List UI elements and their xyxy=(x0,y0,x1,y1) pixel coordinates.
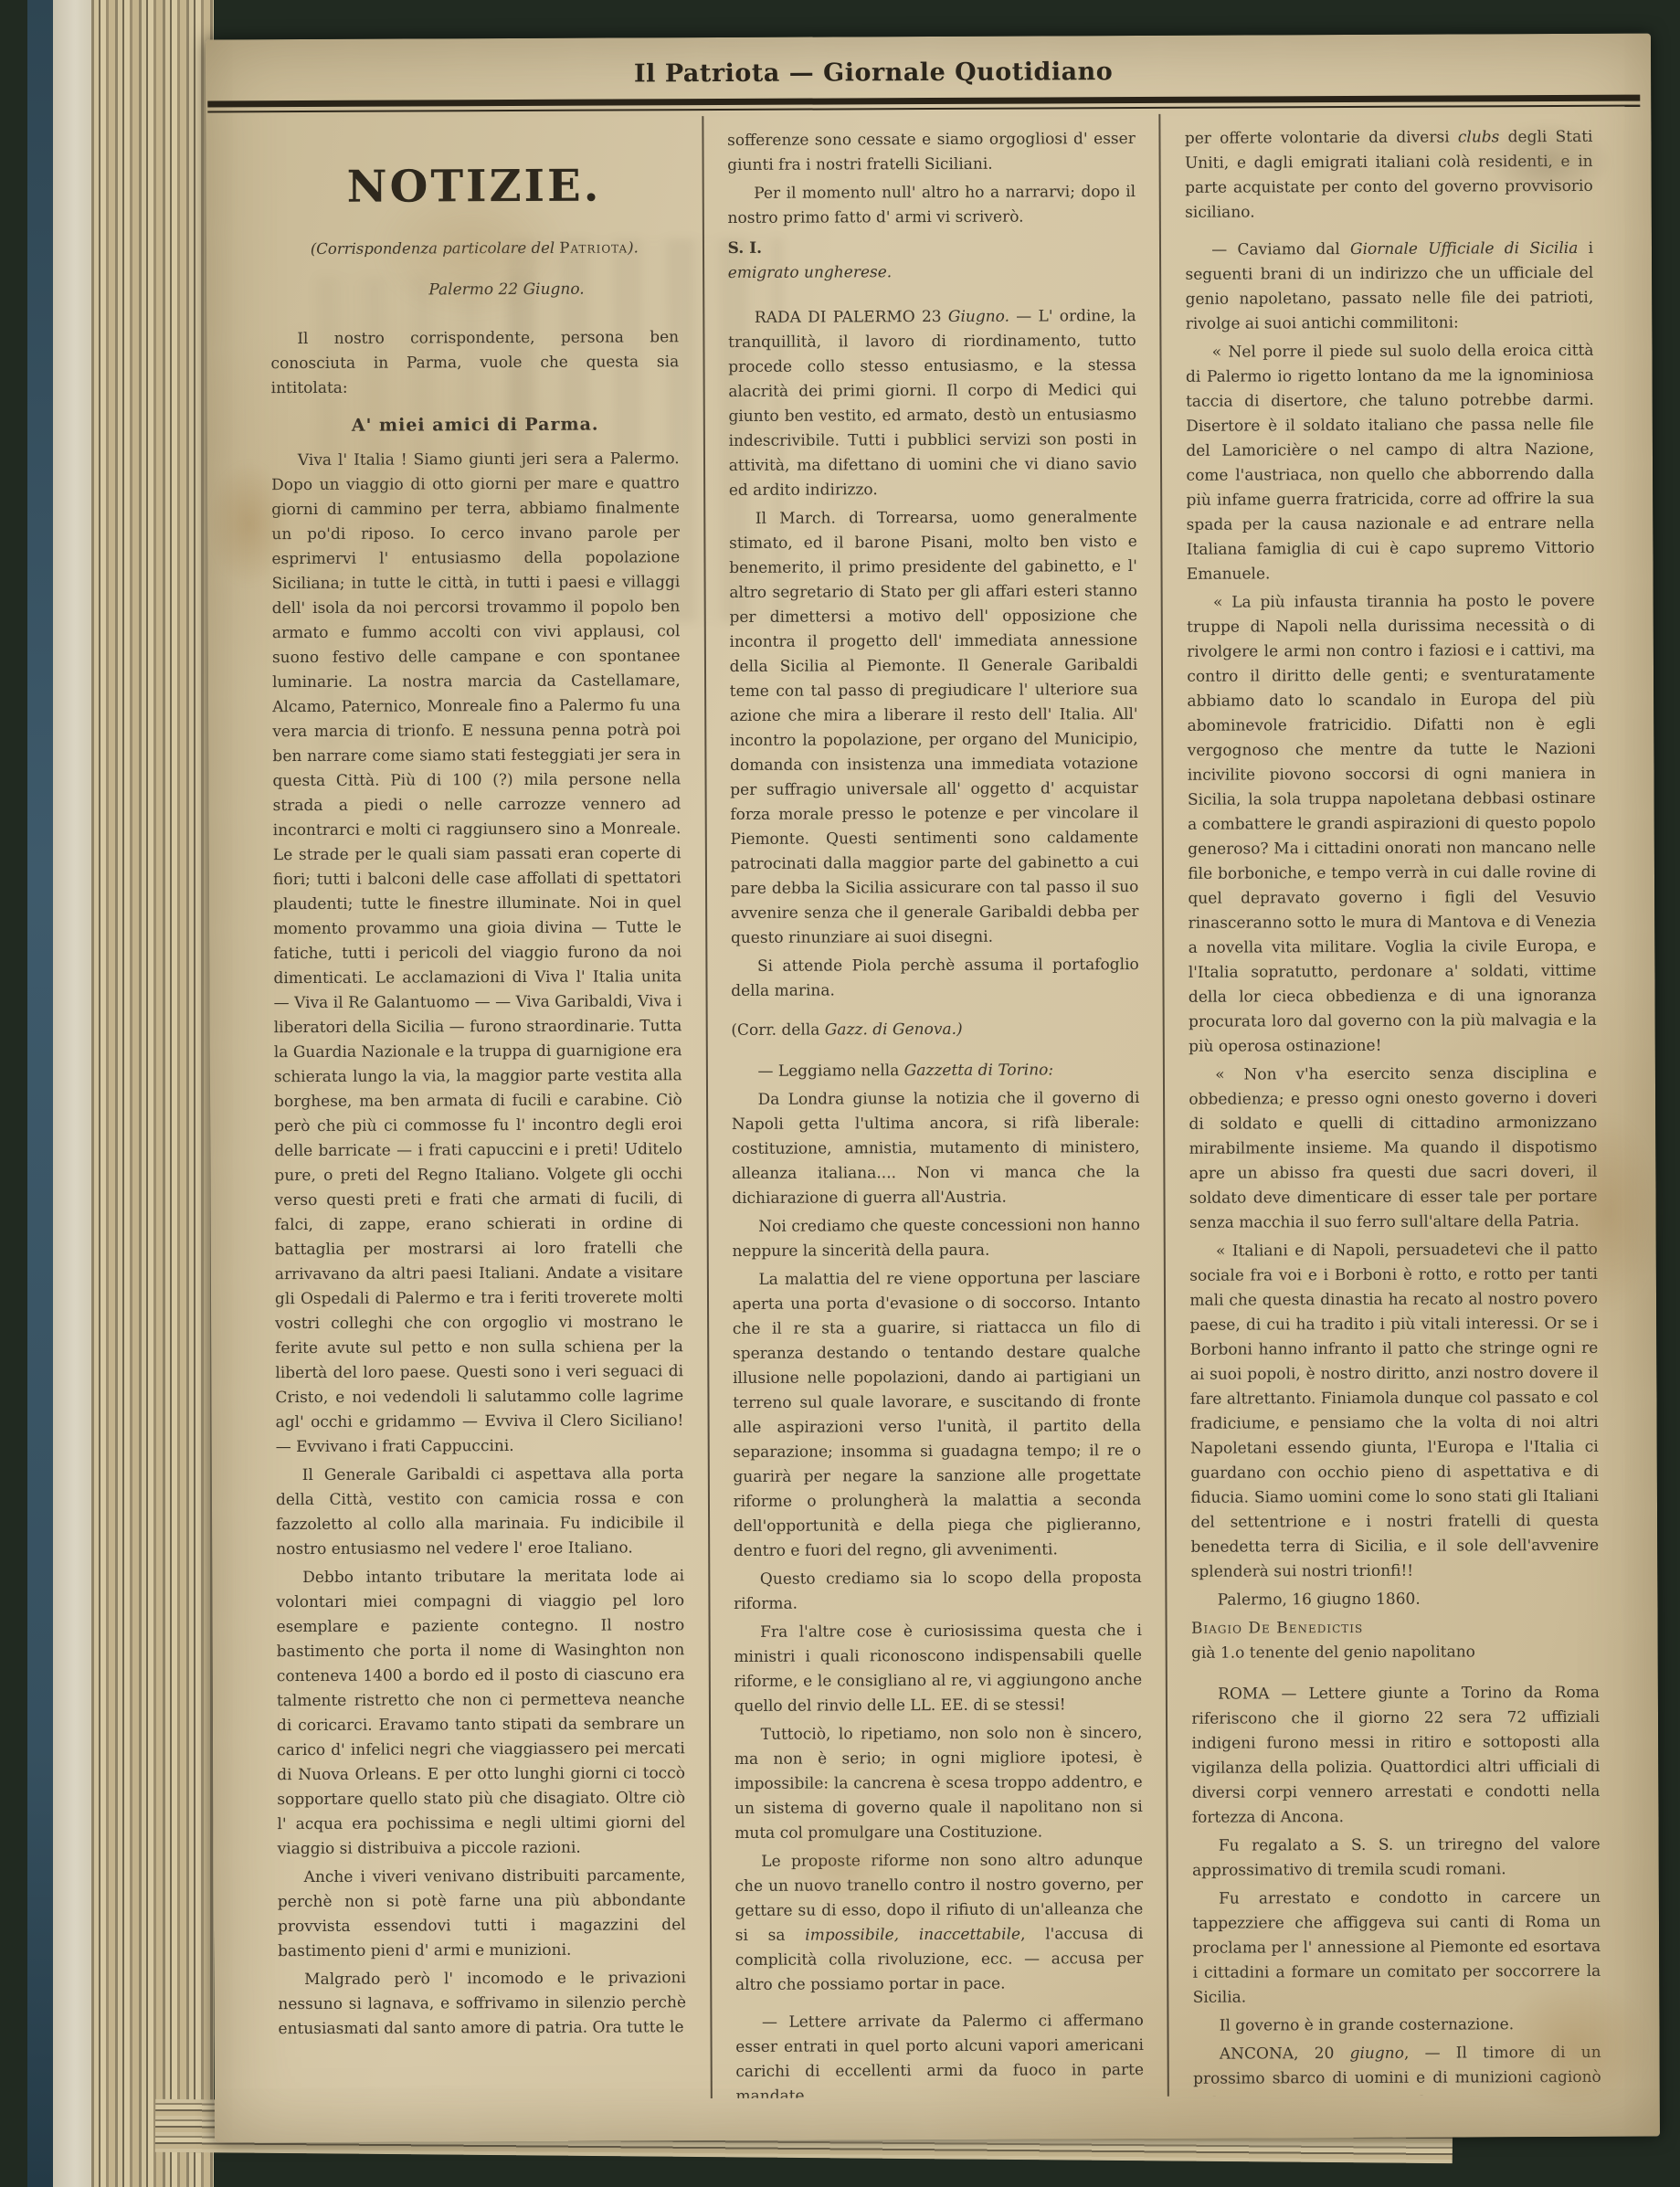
emphasized-words: impossibile, inaccettabile xyxy=(805,1926,1020,1945)
section-heading: NOTIZIE. xyxy=(270,160,679,213)
lead-in: — Leggiamo nella xyxy=(757,1062,903,1081)
column-3: per offerte volontarie da diversi clubs … xyxy=(1159,112,1625,2097)
emphasized-word: clubs xyxy=(1458,128,1500,146)
paragraph: — Lettere arrivate da Palermo ci afferma… xyxy=(735,2009,1144,2100)
paragraph-text: per offerte volontarie da diversi xyxy=(1185,128,1458,147)
paragraph: Noi crediamo che queste concessioni non … xyxy=(732,1213,1140,1264)
quoted-paragraph: « La più infausta tirannia ha posto le p… xyxy=(1187,589,1597,1060)
quoted-paragraph: « Italiani e di Napoli, persuadetevi che… xyxy=(1189,1238,1599,1585)
paragraph: sofferenze sono cessate e siamo orgoglio… xyxy=(727,127,1136,178)
dispatch-date: Giugno. xyxy=(948,308,1009,326)
paragraph: ROMA — Lettere giunte a Torino da Roma r… xyxy=(1191,1681,1600,1831)
dateline: Palermo, 16 giugno 1860. xyxy=(1191,1587,1600,1613)
quoted-paragraph: « Non v'ha esercito senza disciplina e o… xyxy=(1189,1062,1597,1236)
ink-bleedthrough xyxy=(316,276,537,752)
paragraph: Le proposte riforme non sono altro adunq… xyxy=(734,1848,1143,1998)
paragraph: per offerte volontarie da diversi clubs … xyxy=(1185,125,1593,226)
paragraph: Il governo è in grande costernazione. xyxy=(1193,2013,1601,2039)
dispatch-place: RADA DI PALERMO 23 xyxy=(755,308,948,327)
lead-in: — Caviamo dal xyxy=(1211,240,1350,259)
signature-role: emigrato ungherese. xyxy=(728,259,1136,286)
credit-prefix: (Corr. della xyxy=(731,1021,825,1040)
credit-source: Gazz. di Genova.) xyxy=(825,1020,963,1040)
paragraph: — Leggiamo nella Gazzetta di Torino: xyxy=(732,1058,1140,1084)
newspaper-page: Il Patriota — Giornale Quotidiano NOTIZI… xyxy=(206,34,1660,2143)
paragraph: RADA DI PALERMO 23 Giugno. — L' ordine, … xyxy=(728,304,1137,503)
paragraph: Fu regalato a S. S. un triregno del valo… xyxy=(1192,1833,1601,1884)
paragraph: La malattia del re viene opportuna per l… xyxy=(733,1266,1142,1564)
paragraph: Malgrado però l' incomodo e le privazion… xyxy=(278,1966,686,2042)
dispatch-body: — L' ordine, la tranquillità, il lavoro … xyxy=(728,307,1136,500)
paragraph: Per il momento null' altro ho a narrarvi… xyxy=(727,180,1136,231)
paragraph: Si attende Piola perchè assuma il portaf… xyxy=(731,953,1139,1004)
stacked-page-edges-left xyxy=(91,0,214,2187)
signature-role: già 1.o tenente del genio napolitano xyxy=(1191,1640,1600,1666)
masthead-title: Il Patriota — Giornale Quotidiano xyxy=(634,58,1113,88)
book-cover-edge xyxy=(27,0,55,2187)
ink-bleedthrough xyxy=(508,238,784,623)
source-credit: (Corr. della Gazz. di Genova.) xyxy=(731,1017,1139,1043)
paragraph: Tuttociò, lo ripetiamo, non solo non è s… xyxy=(734,1721,1143,1846)
signature-initials: S. I. xyxy=(728,235,1136,261)
paragraph: Il Generale Garibaldi ci aspettava alla … xyxy=(276,1462,684,1562)
book-scan-background: Il Patriota — Giornale Quotidiano NOTIZI… xyxy=(0,0,1680,2187)
paragraph: — Caviamo dal Giornale Ufficiale di Sici… xyxy=(1185,237,1593,337)
quoted-paragraph: « Nel porre il piede sul suolo della ero… xyxy=(1186,339,1595,587)
paragraph: Da Londra giunse la notizia che il gover… xyxy=(732,1086,1140,1211)
paragraph: Debbo intanto tributare la meritata lode… xyxy=(276,1564,685,1862)
paragraph: ANCONA, 20 giugno, — Il timore di un pro… xyxy=(1193,2041,1601,2100)
paragraph: Anche i viveri venivano distribuiti parc… xyxy=(278,1864,686,1964)
dispatch-date: giugno xyxy=(1350,2044,1404,2063)
cited-journal: Gazzetta di Torino: xyxy=(904,1061,1053,1080)
signature-name: Biagio De Benedictis xyxy=(1191,1615,1600,1642)
cited-journal: Giornale Ufficiale di Sicilia xyxy=(1350,239,1578,259)
paragraph: Fra l'altre cose è curiosissima questa c… xyxy=(734,1619,1142,1719)
paragraph: Fu arrestato e condotto in carcere un ta… xyxy=(1192,1886,1601,2011)
paragraph: Questo crediamo sia lo scopo della propo… xyxy=(734,1566,1142,1617)
dispatch-place: ANCONA, 20 xyxy=(1220,2044,1350,2064)
masthead: Il Patriota — Giornale Quotidiano xyxy=(206,34,1651,100)
paragraph: Il March. di Torrearsa, uomo generalment… xyxy=(729,505,1139,951)
flyleaf-edge xyxy=(53,0,93,2187)
